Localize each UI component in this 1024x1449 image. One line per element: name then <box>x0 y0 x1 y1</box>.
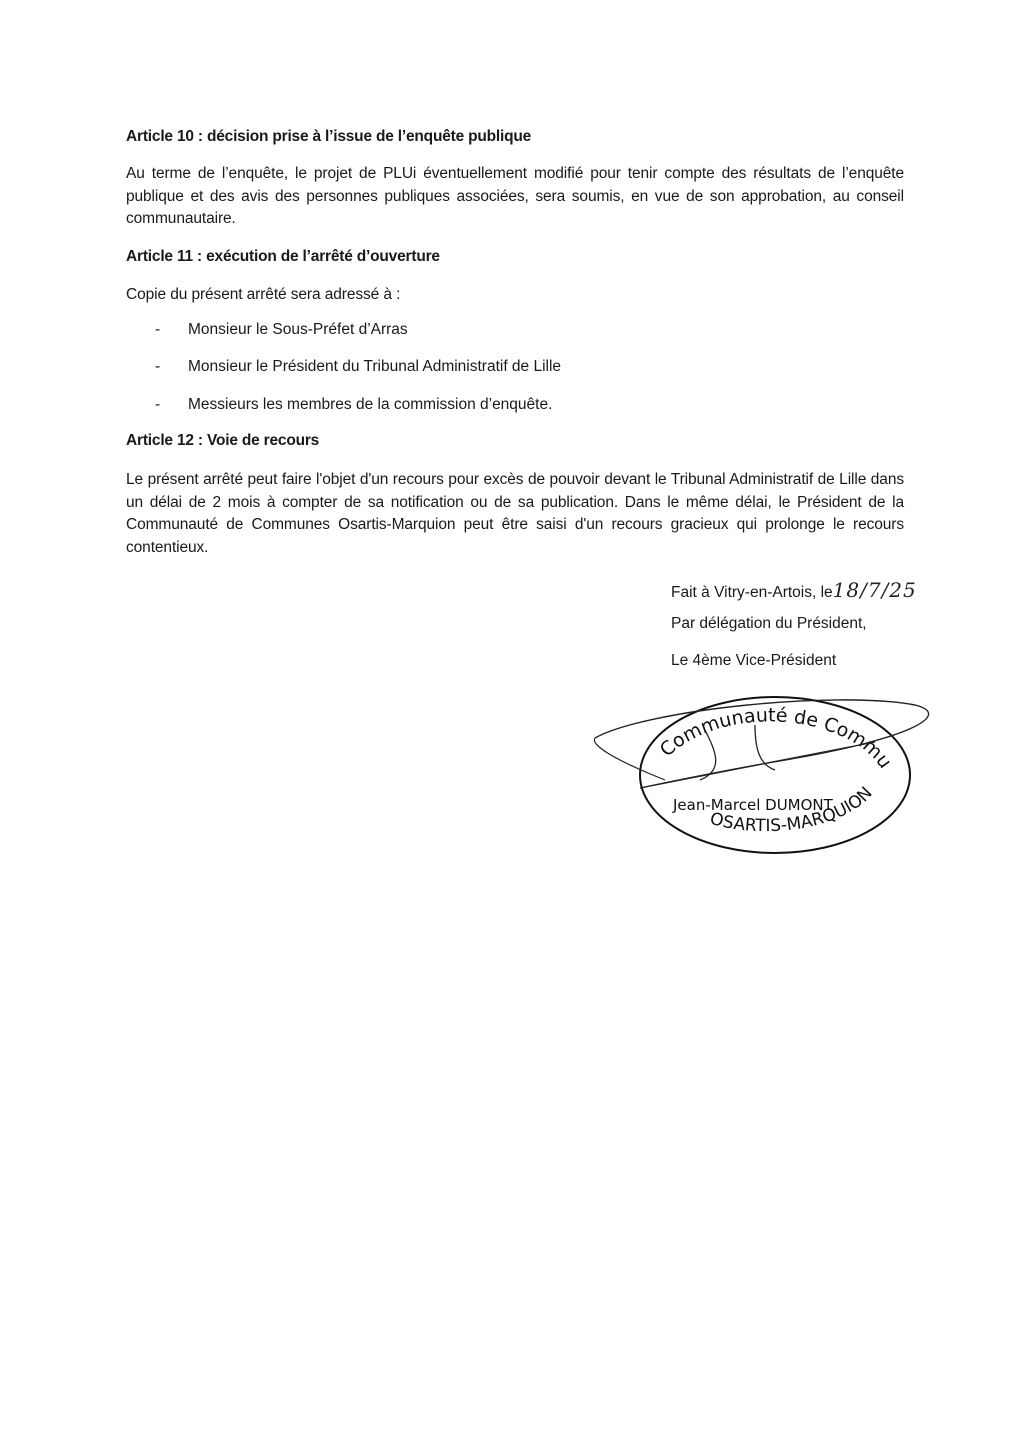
article-12-body: Le présent arrêté peut faire l'objet d'u… <box>126 469 904 559</box>
document-page: Article 10 : décision prise à l’issue de… <box>0 0 1024 1449</box>
article-10-title: Article 10 : décision prise à l’issue de… <box>126 128 531 146</box>
list-bullet: - <box>155 396 188 414</box>
recipient-list-item: -Monsieur le Président du Tribunal Admin… <box>155 358 561 376</box>
place-text: Fait à Vitry-en-Artois, le <box>671 584 833 601</box>
delegation-line: Par délégation du Président, <box>671 615 867 633</box>
article-11-title: Article 11 : exécution de l’arrêté d’ouv… <box>126 248 440 266</box>
list-bullet: - <box>155 358 188 376</box>
recipient-text: Messieurs les membres de la commission d… <box>188 396 552 413</box>
place-date-line: Fait à Vitry-en-Artois, le18/7/25 <box>671 578 917 602</box>
svg-text:Communauté de Communes: Communauté de Communes <box>585 680 896 773</box>
recipient-text: Monsieur le Sous-Préfet d’Arras <box>188 321 408 338</box>
signatory-name: Jean-Marcel DUMONT <box>672 796 834 814</box>
official-stamp-with-signature: Communauté de Communes OSARTIS-MARQUION … <box>585 680 965 860</box>
article-11-intro: Copie du présent arrêté sera adressé à : <box>126 284 904 307</box>
article-12-title: Article 12 : Voie de recours <box>126 432 319 450</box>
role-line: Le 4ème Vice-Président <box>671 652 836 670</box>
recipient-text: Monsieur le Président du Tribunal Admini… <box>188 358 561 375</box>
article-10-body: Au terme de l’enquête, le projet de PLUi… <box>126 163 904 231</box>
stamp-top-text: Communauté de Communes <box>585 680 896 773</box>
recipient-list-item: -Messieurs les membres de la commission … <box>155 396 552 414</box>
recipient-list-item: -Monsieur le Sous-Préfet d’Arras <box>155 321 408 339</box>
handwritten-date: 18/7/25 <box>833 578 917 602</box>
list-bullet: - <box>155 321 188 339</box>
